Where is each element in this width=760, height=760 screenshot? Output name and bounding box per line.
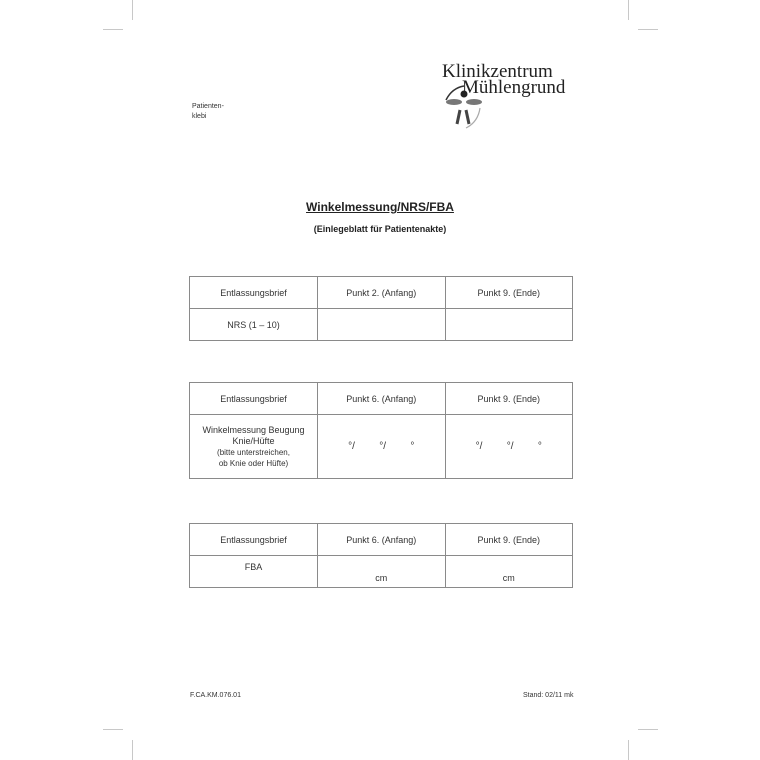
document-title: Winkelmessung/NRS/FBA <box>0 200 760 214</box>
crop-mark <box>103 729 123 730</box>
degree-mark: °/ <box>348 441 355 452</box>
patient-label-line2: klebi <box>192 112 224 122</box>
row-label-line: Winkelmessung Beugung <box>190 425 317 436</box>
fba-start-field[interactable]: cm <box>318 556 446 588</box>
degree-mark: ° <box>538 441 542 452</box>
unit-label: cm <box>446 561 573 583</box>
degree-mark: °/ <box>476 441 483 452</box>
patient-label-line1: Patienten- <box>192 102 224 112</box>
row-label-line: Knie/Hüfte <box>190 436 317 447</box>
nrs-start-field[interactable] <box>318 309 446 341</box>
header-cell: Entlassungsbrief <box>190 383 318 415</box>
angle-measurement-table: Entlassungsbrief Punkt 6. (Anfang) Punkt… <box>189 382 573 479</box>
crop-mark <box>103 29 123 30</box>
fba-table: Entlassungsbrief Punkt 6. (Anfang) Punkt… <box>189 523 573 588</box>
crop-mark <box>628 740 629 760</box>
nrs-table: Entlassungsbrief Punkt 2. (Anfang) Punkt… <box>189 276 573 341</box>
table-header-row: Entlassungsbrief Punkt 2. (Anfang) Punkt… <box>190 277 573 309</box>
header-cell: Punkt 9. (Ende) <box>445 277 573 309</box>
row-label: FBA <box>190 562 317 582</box>
document-subtitle: (Einlegeblatt für Patientenakte) <box>0 224 760 234</box>
crop-mark <box>132 0 133 20</box>
header-cell: Punkt 6. (Anfang) <box>318 524 446 556</box>
patient-sticker-label: Patienten- klebi <box>192 102 224 122</box>
table-header-row: Entlassungsbrief Punkt 6. (Anfang) Punkt… <box>190 524 573 556</box>
header-cell: Punkt 9. (Ende) <box>445 524 573 556</box>
header-cell: Punkt 2. (Anfang) <box>318 277 446 309</box>
header-cell: Punkt 6. (Anfang) <box>318 383 446 415</box>
form-code: F.CA.KM.076.01 <box>190 692 241 699</box>
revision-stamp: Stand: 02/11 mk <box>523 692 573 699</box>
crop-mark <box>132 740 133 760</box>
header-cell: Punkt 9. (Ende) <box>445 383 573 415</box>
crop-mark <box>628 0 629 20</box>
degree-mark: ° <box>410 441 414 452</box>
angle-end-field[interactable]: °/ °/ ° <box>445 415 573 479</box>
table-row: NRS (1 – 10) <box>190 309 573 341</box>
row-label: Winkelmessung Beugung Knie/Hüfte (bitte … <box>190 415 318 479</box>
table-header-row: Entlassungsbrief Punkt 6. (Anfang) Punkt… <box>190 383 573 415</box>
row-label-line: (bitte unterstreichen, <box>190 447 317 458</box>
row-label: NRS (1 – 10) <box>190 309 318 341</box>
row-label-line: ob Knie oder Hüfte) <box>190 458 317 469</box>
crop-mark <box>638 29 658 30</box>
table-row: Winkelmessung Beugung Knie/Hüfte (bitte … <box>190 415 573 479</box>
header-cell: Entlassungsbrief <box>190 524 318 556</box>
unit-label: cm <box>318 561 445 583</box>
fba-end-field[interactable]: cm <box>445 556 573 588</box>
degree-mark: °/ <box>507 441 514 452</box>
clinic-logo: Klinikzentrum Mühlengrund <box>440 58 580 138</box>
crop-mark <box>638 729 658 730</box>
degree-mark: °/ <box>379 441 386 452</box>
table-row: FBA cm cm <box>190 556 573 588</box>
logo-figure-icon <box>442 80 488 130</box>
header-cell: Entlassungsbrief <box>190 277 318 309</box>
nrs-end-field[interactable] <box>445 309 573 341</box>
angle-start-field[interactable]: °/ °/ ° <box>318 415 446 479</box>
